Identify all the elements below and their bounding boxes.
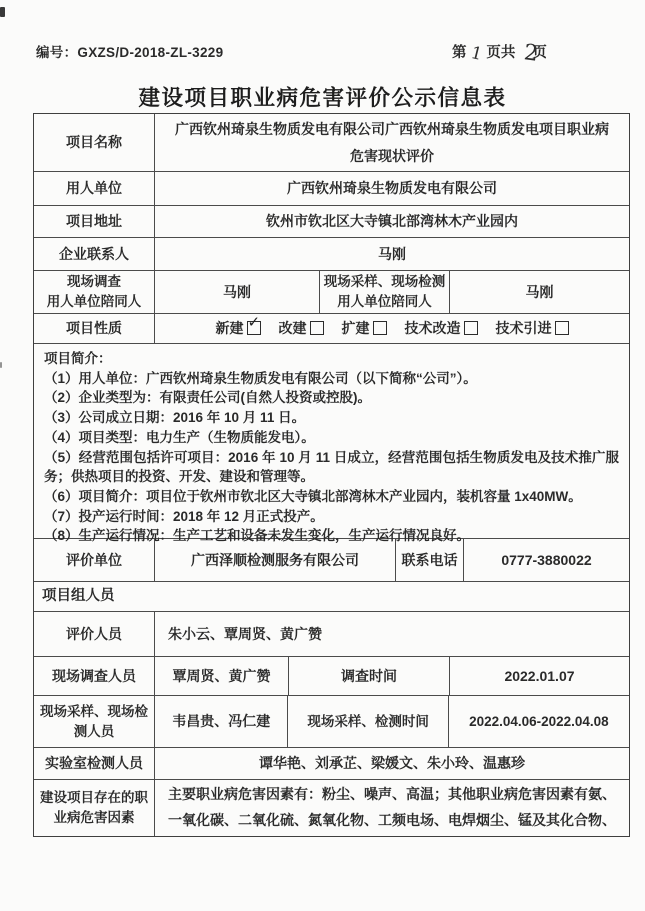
project-intro-item: （5）经营范围包括许可项目：2016 年 10 月 11 日成立，经营范围包括生… — [44, 448, 619, 487]
checkbox-unchecked-icon — [555, 321, 569, 335]
row-team-section: 项目组人员 — [34, 582, 629, 612]
page-counter: 第1页共2页 — [452, 38, 547, 63]
doc-number: 编号：GXZS/D-2018-ZL-3229 — [36, 41, 223, 61]
option-new-construction: 新建✓ — [216, 318, 261, 338]
row-project-intro: 项目简介： （1）用人单位：广西钦州琦泉生物质发电有限公司（以下简称“公司”）。… — [34, 344, 629, 539]
survey-escort-label: 现场调查 用人单位陪同人 — [34, 271, 155, 313]
survey-escort-label-line1: 现场调查 — [67, 272, 121, 292]
evaluation-org-value: 广西泽顺检测服务有限公司 — [155, 539, 396, 581]
address-label: 项目地址 — [34, 206, 155, 237]
checkbox-unchecked-icon — [373, 321, 387, 335]
project-nature-label: 项目性质 — [34, 314, 155, 343]
project-name-label: 项目名称 — [34, 114, 155, 171]
row-survey-staff: 现场调查人员 覃周贤、黄广赞 调查时间 2022.01.07 — [34, 657, 629, 696]
lab-staff-value: 谭华艳、刘承芷、梁媛文、朱小玲、温惠珍 — [155, 748, 629, 779]
sampling-time-label: 现场采样、检测时间 — [288, 696, 448, 747]
project-intro-heading: 项目简介： — [44, 349, 619, 369]
option-tech-upgrade: 技术改造 — [405, 318, 478, 338]
option-label: 技术改造 — [405, 318, 461, 338]
project-intro-item: （7）投产运行时间：2018 年 12 月正式投产。 — [44, 507, 619, 527]
checkbox-unchecked-icon — [310, 321, 324, 335]
hazard-factors-value: 主要职业病危害因素有：粉尘、噪声、高温；其他职业病危害因素有氨、一氧化碳、二氧化… — [155, 780, 629, 836]
row-sampling-staff: 现场采样、现场检 测人员 韦昌贵、冯仁建 现场采样、检测时间 2022.04.0… — [34, 696, 629, 748]
row-escorts: 现场调查 用人单位陪同人 马刚 现场采样、现场检测 用人单位陪同人 马刚 — [34, 271, 629, 314]
option-label: 扩建 — [342, 318, 370, 338]
checkbox-checked-icon: ✓ — [247, 321, 261, 335]
project-intro-item: （3）公司成立日期：2016 年 10 月 11 日。 — [44, 408, 619, 428]
sampling-escort-value: 马刚 — [450, 271, 629, 313]
option-reconstruction: 改建 — [279, 318, 324, 338]
option-label: 技术引进 — [496, 318, 552, 338]
employer-value: 广西钦州琦泉生物质发电有限公司 — [155, 172, 629, 205]
survey-staff-value: 覃周贤、黄广赞 — [155, 657, 289, 695]
lab-staff-label: 实验室检测人员 — [34, 748, 155, 779]
survey-time-label: 调查时间 — [289, 657, 450, 695]
sampling-time-value: 2022.04.06-2022.04.08 — [449, 696, 629, 747]
project-intro-item: （4）项目类型：电力生产（生物质能发电）。 — [44, 428, 619, 448]
handwritten-total-pages: 2 — [523, 40, 540, 67]
row-address: 项目地址 钦州市钦北区大寺镇北部湾林木产业园内 — [34, 206, 629, 238]
row-employer: 用人单位 广西钦州琦泉生物质发电有限公司 — [34, 172, 629, 206]
option-label: 改建 — [279, 318, 307, 338]
row-hazard-factors: 建设项目存在的职 业病危害因素 主要职业病危害因素有：粉尘、噪声、高温；其他职业… — [34, 780, 629, 836]
sampling-staff-label-line1: 现场采样、现场检 — [40, 702, 148, 722]
project-intro-block: 项目简介： （1）用人单位：广西钦州琦泉生物质发电有限公司（以下简称“公司”）。… — [34, 344, 629, 538]
hazard-factors-label: 建设项目存在的职 业病危害因素 — [34, 780, 155, 836]
info-table: 项目名称 广西钦州琦泉生物质发电有限公司广西钦州琦泉生物质发电项目职业病危害现状… — [33, 113, 630, 837]
phone-label: 联系电话 — [396, 539, 464, 581]
check-mark-icon: ✓ — [248, 315, 261, 330]
phone-value: 0777-3880022 — [464, 539, 629, 581]
hazard-factors-label-line1: 建设项目存在的职 — [40, 788, 148, 808]
scanned-document-page: 编号：GXZS/D-2018-ZL-3229 第1页共2页 建设项目职业病危害评… — [0, 0, 645, 911]
hazard-factors-label-line2: 业病危害因素 — [54, 808, 135, 828]
page-counter-middle: 页共 — [486, 45, 515, 61]
project-nature-options: 新建✓ 改建 扩建 技术改造 技术引进 — [155, 314, 629, 343]
row-contact: 企业联系人 马刚 — [34, 238, 629, 271]
option-label: 新建 — [216, 318, 244, 338]
evaluators-value: 朱小云、覃周贤、黄广赞 — [155, 612, 629, 656]
handwritten-current-page: 1 — [468, 43, 483, 65]
project-intro-item: （1）用人单位：广西钦州琦泉生物质发电有限公司（以下简称“公司”）。 — [44, 369, 619, 389]
address-value: 钦州市钦北区大寺镇北部湾林木产业园内 — [155, 206, 629, 237]
row-project-nature: 项目性质 新建✓ 改建 扩建 技术改造 技术引进 — [34, 314, 629, 344]
checkbox-unchecked-icon — [464, 321, 478, 335]
form-title: 建设项目职业病危害评价公示信息表 — [0, 81, 645, 112]
project-intro-item: （6）项目简介：项目位于钦州市钦北区大寺镇北部湾林木产业园内，装机容量 1x40… — [44, 487, 619, 507]
evaluators-label: 评价人员 — [34, 612, 155, 656]
sampling-staff-label-line2: 测人员 — [74, 722, 115, 742]
scan-artifact — [0, 362, 2, 368]
row-lab-staff: 实验室检测人员 谭华艳、刘承芷、梁媛文、朱小玲、温惠珍 — [34, 748, 629, 780]
sampling-staff-value: 韦昌贵、冯仁建 — [155, 696, 288, 747]
row-evaluation-org: 评价单位 广西泽顺检测服务有限公司 联系电话 0777-3880022 — [34, 539, 629, 582]
row-evaluators: 评价人员 朱小云、覃周贤、黄广赞 — [34, 612, 629, 657]
page-counter-prefix: 第 — [452, 45, 467, 61]
project-name-value: 广西钦州琦泉生物质发电有限公司广西钦州琦泉生物质发电项目职业病危害现状评价 — [155, 114, 629, 171]
sampling-escort-label-line2: 用人单位陪同人 — [337, 292, 432, 312]
contact-label: 企业联系人 — [34, 238, 155, 270]
option-expansion: 扩建 — [342, 318, 387, 338]
sampling-escort-label-line1: 现场采样、现场检测 — [324, 272, 446, 292]
project-intro-item: （2）企业类型为：有限责任公司(自然人投资或控股)。 — [44, 388, 619, 408]
checkbox-group: 新建✓ 改建 扩建 技术改造 技术引进 — [157, 318, 627, 338]
sampling-escort-label: 现场采样、现场检测 用人单位陪同人 — [320, 271, 450, 313]
scan-artifact — [0, 7, 5, 17]
contact-value: 马刚 — [155, 238, 629, 270]
survey-escort-label-line2: 用人单位陪同人 — [47, 292, 142, 312]
sampling-staff-label: 现场采样、现场检 测人员 — [34, 696, 155, 747]
survey-staff-label: 现场调查人员 — [34, 657, 155, 695]
employer-label: 用人单位 — [34, 172, 155, 205]
row-project-name: 项目名称 广西钦州琦泉生物质发电有限公司广西钦州琦泉生物质发电项目职业病危害现状… — [34, 114, 629, 172]
option-tech-import: 技术引进 — [496, 318, 569, 338]
evaluation-org-label: 评价单位 — [34, 539, 155, 581]
survey-escort-value: 马刚 — [155, 271, 320, 313]
team-section-label: 项目组人员 — [34, 582, 629, 611]
survey-time-value: 2022.01.07 — [450, 657, 629, 695]
